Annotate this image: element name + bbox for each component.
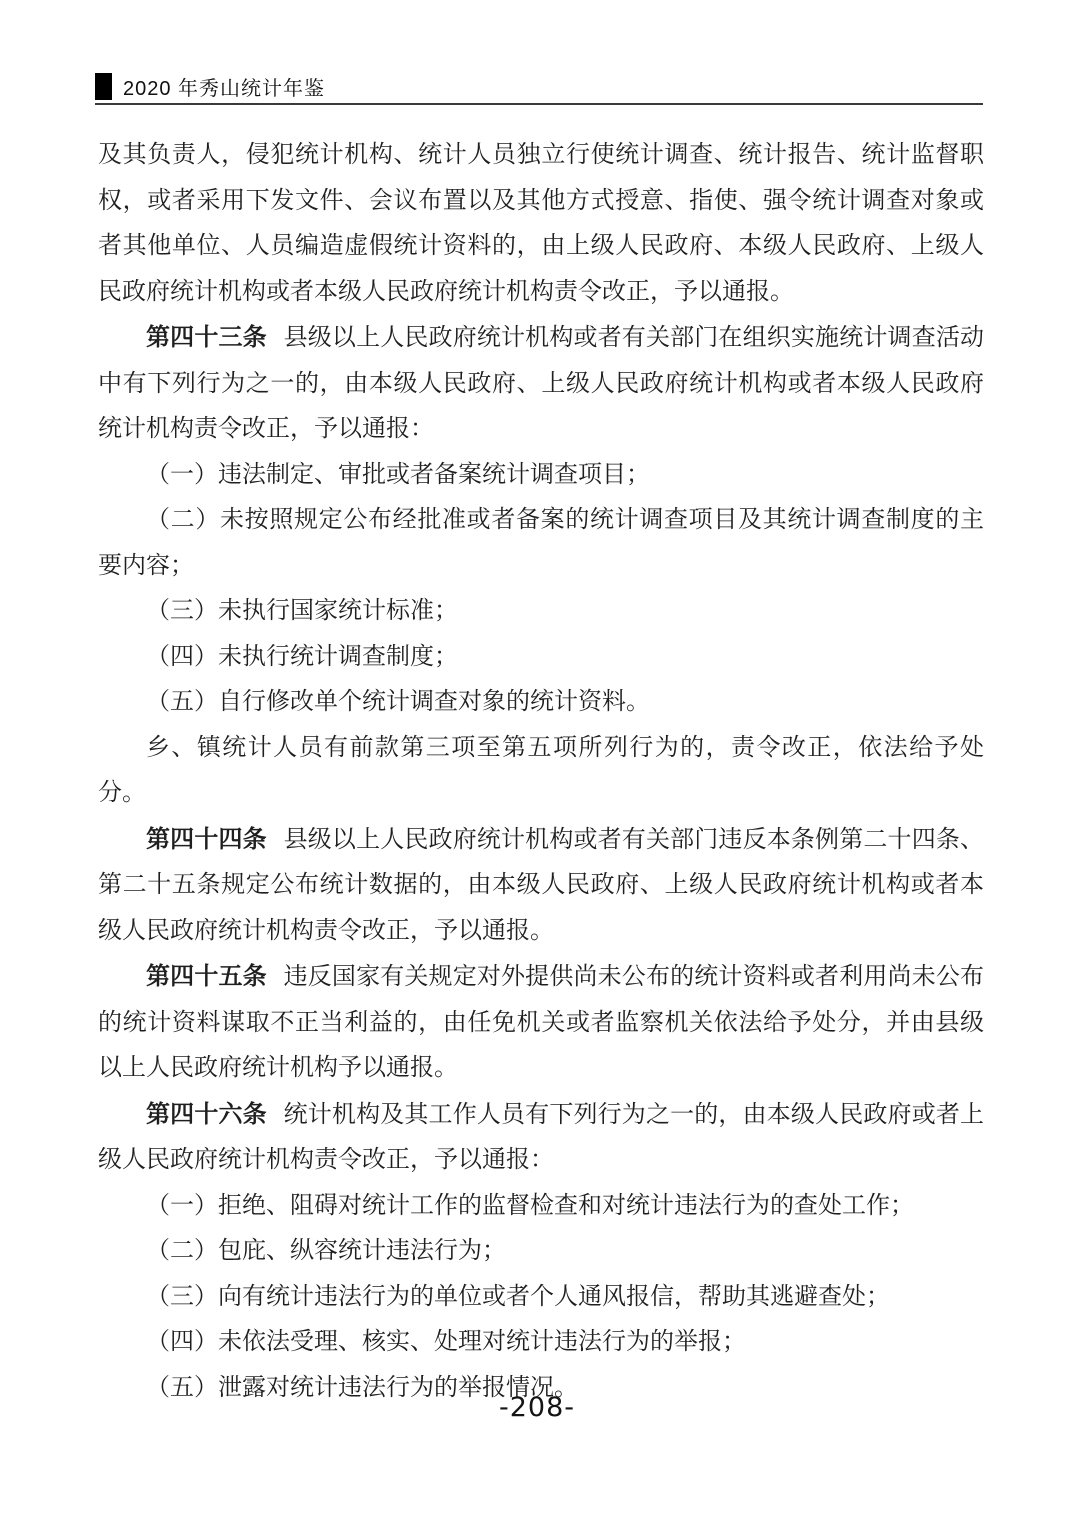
article-number: 第四十六条	[146, 1099, 267, 1128]
paragraph: 及其负责人，侵犯统计机构、统计人员独立行使统计调查、统计报告、统计监督职权，或者…	[98, 132, 984, 314]
article-paragraph: 第四十三条县级以上人民政府统计机构或者有关部门在组织实施统计调查活动中有下列行为…	[98, 314, 984, 452]
list-item: （一）违法制定、审批或者备案统计调查项目；	[98, 452, 984, 498]
article-number: 第四十四条	[146, 824, 267, 853]
list-item: （二）包庇、纵容统计违法行为；	[98, 1228, 984, 1274]
list-item: （四）未依法受理、核实、处理对统计违法行为的举报；	[98, 1319, 984, 1365]
list-item: （二）未按照规定公布经批准或者备案的统计调查项目及其统计调查制度的主要内容；	[98, 497, 984, 588]
page-header: 2020 年秀山统计年鉴	[95, 72, 983, 105]
header-title: 2020 年秀山统计年鉴	[123, 72, 325, 101]
document-body: 及其负责人，侵犯统计机构、统计人员独立行使统计调查、统计报告、统计监督职权，或者…	[98, 132, 984, 1410]
yearbook-page: 2020 年秀山统计年鉴 及其负责人，侵犯统计机构、统计人员独立行使统计调查、统…	[0, 0, 1074, 1520]
page-number: -208-	[0, 1392, 1074, 1423]
list-item: （三）未执行国家统计标准；	[98, 588, 984, 634]
list-item: （一）拒绝、阻碍对统计工作的监督检查和对统计违法行为的查处工作；	[98, 1183, 984, 1229]
article-paragraph: 第四十六条统计机构及其工作人员有下列行为之一的，由本级人民政府或者上级人民政府统…	[98, 1091, 984, 1183]
list-item: （五）自行修改单个统计调查对象的统计资料。	[98, 679, 984, 725]
list-item: （四）未执行统计调查制度；	[98, 634, 984, 680]
article-number: 第四十五条	[146, 961, 267, 990]
article-paragraph: 第四十五条违反国家有关规定对外提供尚未公布的统计资料或者利用尚未公布的统计资料谋…	[98, 953, 984, 1091]
article-number: 第四十三条	[146, 322, 267, 351]
header-square-marker-icon	[95, 73, 112, 100]
article-paragraph: 第四十四条县级以上人民政府统计机构或者有关部门违反本条例第二十四条、第二十五条规…	[98, 816, 984, 954]
list-item: （三）向有统计违法行为的单位或者个人通风报信，帮助其逃避查处；	[98, 1274, 984, 1320]
paragraph: 乡、镇统计人员有前款第三项至第五项所列行为的，责令改正，依法给予处分。	[98, 725, 984, 816]
